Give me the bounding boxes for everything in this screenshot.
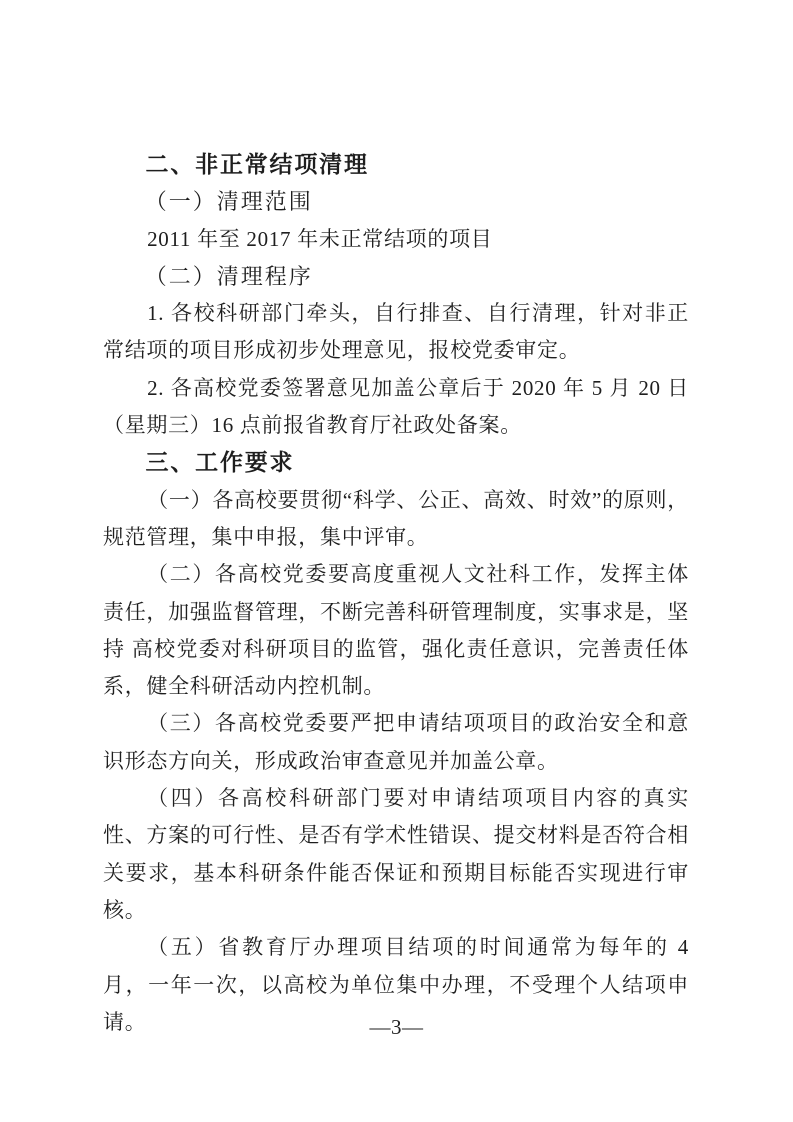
page-number: —3—: [0, 1015, 793, 1040]
heading-sub-cleanup-scope: （一）清理范围: [103, 183, 689, 220]
paragraph-requirement-1: （一）各高校要贯彻“科学、公正、高效、时效”的原则，规范管理，集中申报，集中评审…: [103, 482, 689, 557]
heading-section-2: 二、非正常结项清理: [103, 146, 689, 183]
paragraph-requirement-4: （四）各高校科研部门要对申请结项项目内容的真实性、方案的可行性、是否有学术性错误…: [103, 780, 689, 929]
paragraph-requirement-3: （三）各高校党委要严把申请结项项目的政治安全和意识形态方向关，形成政治审查意见并…: [103, 705, 689, 780]
paragraph-step-1: 1. 各校科研部门牵头，自行排查、自行清理，针对非正常结项的项目形成初步处理意见…: [103, 295, 689, 370]
paragraph-requirement-2: （二）各高校党委要高度重视人文社科工作，发挥主体责任，加强监督管理，不断完善科研…: [103, 556, 689, 705]
heading-sub-cleanup-steps: （二）清理程序: [103, 258, 689, 295]
document-body: 二、非正常结项清理 （一）清理范围 2011 年至 2017 年未正常结项的项目…: [103, 146, 689, 1041]
paragraph-step-2: 2. 各高校党委签署意见加盖公章后于 2020 年 5 月 20 日（星期三）1…: [103, 370, 689, 445]
paragraph-cleanup-scope: 2011 年至 2017 年未正常结项的项目: [103, 221, 689, 258]
heading-section-3: 三、工作要求: [103, 444, 689, 481]
